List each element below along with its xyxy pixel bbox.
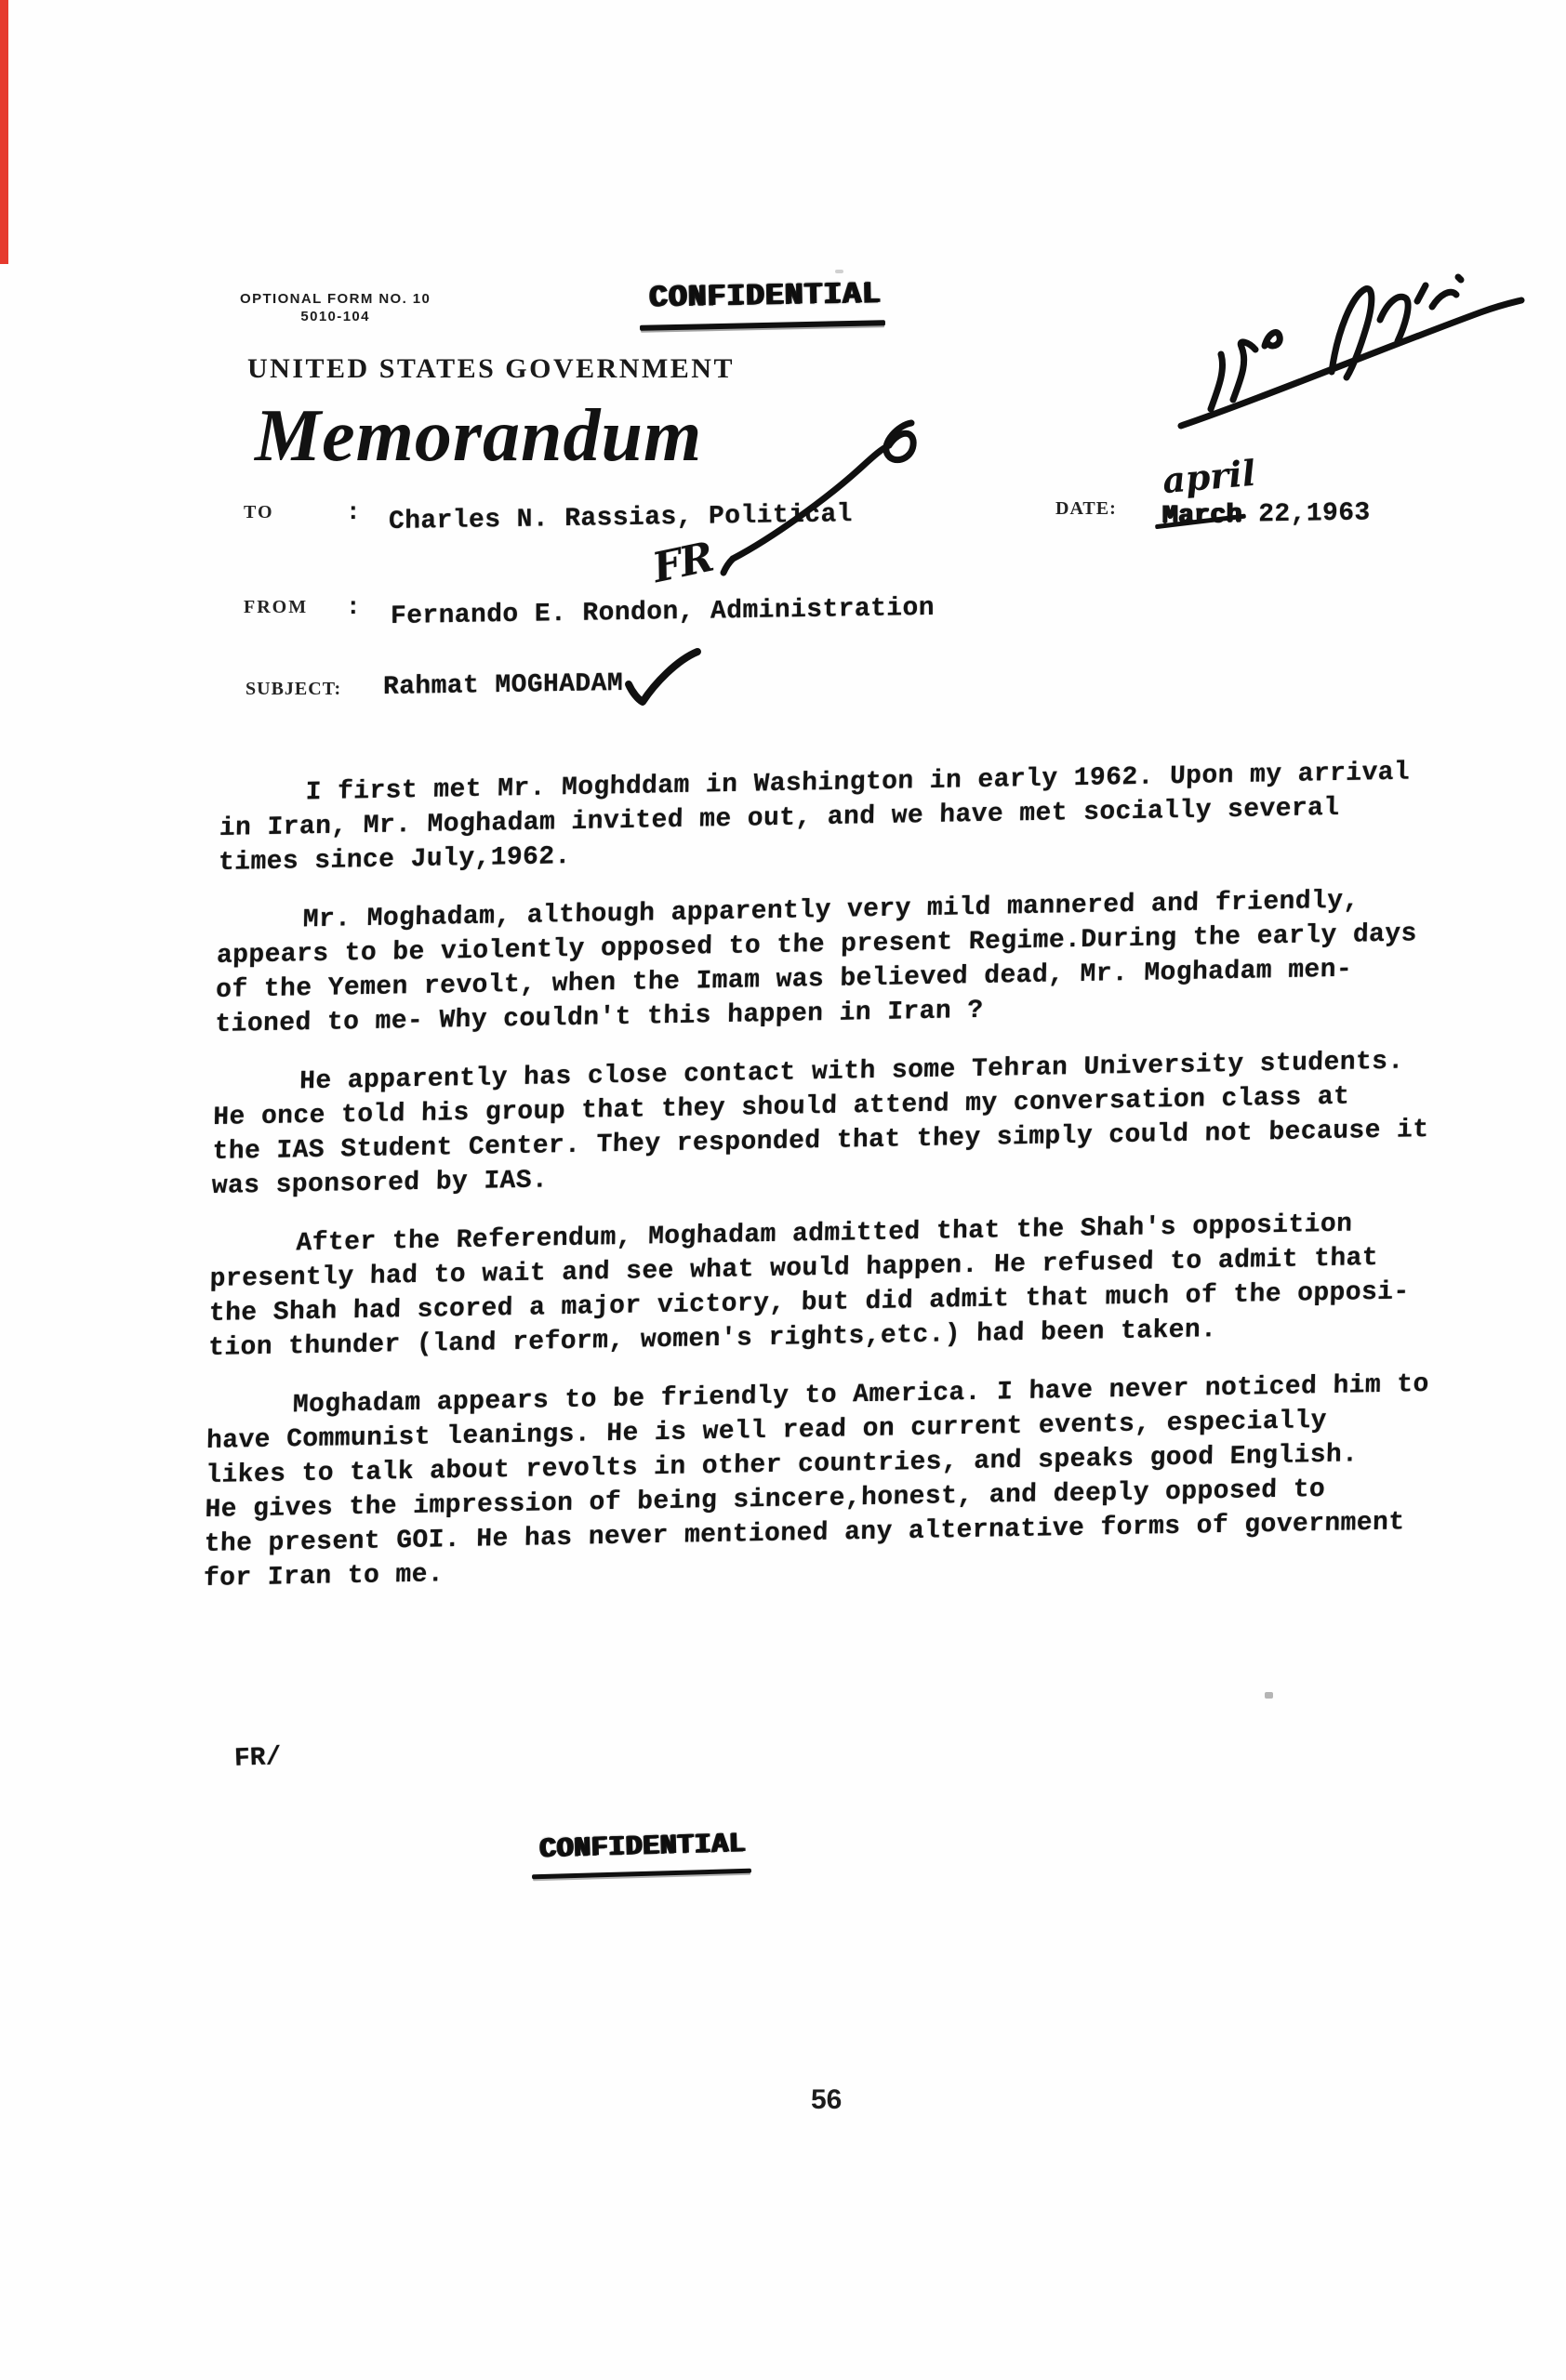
confidential-stamp-bottom: CONFIDENTIAL — [539, 1829, 747, 1866]
to-separator: : — [346, 498, 361, 526]
ink-speck — [1265, 1692, 1273, 1699]
body-paragraph: After the Referendum, Moghadam admitted … — [208, 1204, 1514, 1366]
body-paragraph: Mr. Moghadam, although apparently very m… — [215, 880, 1520, 1042]
memo-title: Memorandum — [255, 394, 702, 479]
letterhead-agency: UNITED STATES GOVERNMENT — [247, 353, 735, 385]
from-separator: : — [346, 593, 361, 621]
body-paragraph: He apparently has close contact with som… — [211, 1042, 1517, 1204]
page-number: 56 — [811, 2084, 842, 2116]
body-paragraph: Moghadam appears to be friendly to Ameri… — [204, 1366, 1510, 1596]
body-paragraph: I first met Mr. Moghddam in Washington i… — [219, 753, 1523, 880]
date-rest: 22,1963 — [1258, 498, 1370, 529]
subject-label: SUBJECT: — [246, 679, 341, 700]
date-label: DATE: — [1055, 498, 1117, 520]
ink-speck-stamp — [835, 270, 843, 273]
handwritten-date-correction: april — [1161, 452, 1257, 502]
left-edge-red-strip — [0, 0, 8, 264]
date-value: March 22,1963 — [1162, 498, 1371, 531]
from-value: Fernando E. Rondon, Administration — [391, 594, 935, 631]
memo-body: I first met Mr. Moghddam in Washington i… — [203, 753, 1523, 1620]
form-number: OPTIONAL FORM NO. 10 5010-104 — [240, 290, 431, 325]
handwritten-checkmark — [619, 645, 705, 712]
confidential-stamp-top: CONFIDENTIAL — [649, 277, 882, 315]
signoff-initials: FR/ — [233, 1743, 281, 1774]
form-number-line1: OPTIONAL FORM NO. 10 — [240, 290, 431, 308]
handwritten-initials: FR — [648, 534, 716, 592]
confidential-stamp-top-underline — [640, 320, 885, 331]
confidential-stamp-bottom-underline — [532, 1869, 751, 1880]
to-label: TO — [244, 502, 274, 523]
memo-page: OPTIONAL FORM NO. 10 5010-104 CONFIDENTI… — [0, 0, 1566, 2380]
from-label: FROM — [244, 597, 308, 618]
date-struck-word: March — [1162, 501, 1242, 531]
subject-value: Rahmat MOGHADAM — [383, 669, 623, 702]
handwritten-bio-file-note — [1174, 258, 1546, 440]
handwritten-signature-scrawl — [714, 409, 933, 581]
form-number-line2: 5010-104 — [240, 308, 431, 325]
